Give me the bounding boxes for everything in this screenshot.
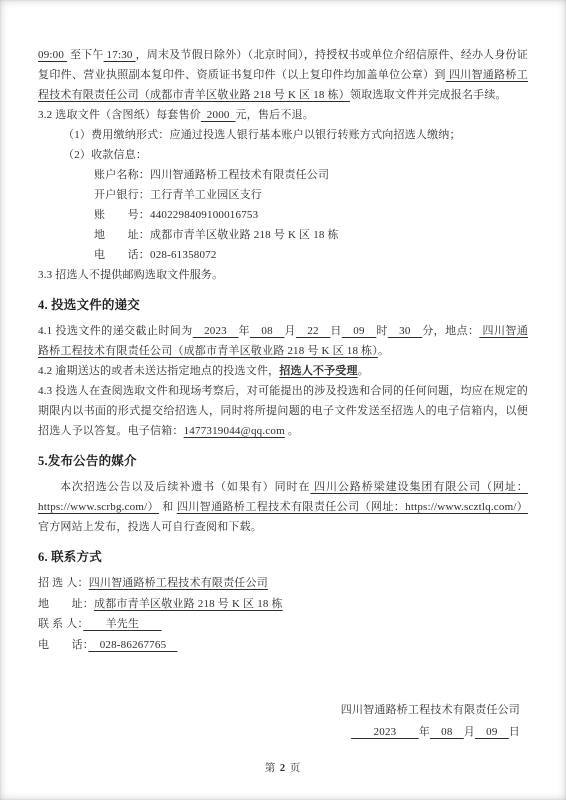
section-heading: 5.发布公告的媒介 [38,450,528,472]
text-run: 开户银行：工行青羊工业园区支行 [94,189,262,201]
section-heading: 4. 投选文件的递交 [38,294,528,316]
text-run: 领取选取文件并完成报名手续。 [350,89,507,101]
text-run: 4.1 投选文件的递交截止时间为 [38,325,193,337]
paragraph: 联 系 人： 羊先生 [38,614,528,635]
text-run: 账 号：4402298409100016753 [94,209,258,221]
text-run: 至下午 [67,49,104,61]
filled-field: 028-86267765 [89,639,178,651]
document-page: 09:00 至下午 17:30 ，周末及节假日除外）（北京时间），持授权书或单位… [0,0,566,800]
text-run: 页 [286,763,301,774]
filled-field: 09:00 [38,49,67,61]
text-run: 。 [358,365,369,377]
text-run: 招 选 人： [38,577,89,589]
text-run: 月 [464,726,475,738]
text-run: 3.3 招选人不提供邮购选取文件服务。 [38,269,223,281]
paragraph: （1）费用缴纳形式：应通过投选人银行基本账户以银行转账方式向招选人缴纳； [38,125,528,145]
filled-field: 成都市青羊区敬业路 218 号 K 区 18 栋 [94,598,283,610]
paragraph: 开户银行：工行青羊工业园区支行 [38,185,528,205]
paragraph: 地 址：成都市青羊区敬业路 218 号 K 区 18 栋 [38,594,528,615]
text-run: 6. 联系方式 [38,550,102,564]
text-run: 第 [265,763,280,774]
text-run: 年 [239,325,250,337]
text-run: 。 [378,345,389,357]
text-run: 四川智通路桥工程技术有限责任公司 [341,704,520,716]
paragraph: 4.1 投选文件的递交截止时间为 2023 年 08 月 22 日 09 时 3… [38,321,528,361]
paragraph: 4.2 逾期送达的或者未送达指定地点的投选文件，招选人不予受理。 [38,361,528,381]
filled-field: 09 [475,726,509,738]
text-run: 地 址：成都市青羊区敬业路 218 号 K 区 18 栋 [94,229,339,241]
filled-field: 30 [388,325,422,337]
signature-company-line: 四川智通路桥工程技术有限责任公司 [38,699,528,721]
signature-date-line: 2023 年 08 月 09 日 [38,721,528,743]
text-run: 账户名称：四川智通路桥工程技术有限责任公司 [94,169,329,181]
filled-field: 1477319044@qq.com [184,425,285,437]
paragraph: 09:00 至下午 17:30 ，周末及节假日除外）（北京时间），持授权书或单位… [38,45,528,105]
filled-field: 08 [430,726,464,738]
text-run: 年 [419,726,430,738]
paragraph: 电 话： 028-86267765 [38,635,528,656]
text-run: 元，售后不退。 [236,109,314,121]
filled-field: 四川智通路桥工程技术有限责任公司 [89,577,268,589]
filled-field: 招选人不予受理 [279,365,357,377]
filled-field: 2023 [193,325,239,337]
paragraph: 本次招选公告以及后续补遗书（如果有）同时在 四川公路桥梁建设集团有限公司（网址：… [38,477,528,537]
text-run: （1）费用缴纳形式：应通过投选人银行基本账户以银行转账方式向招选人缴纳； [63,129,461,141]
filled-field: 羊先生 [83,618,161,630]
filled-field: 17:30 [104,49,136,61]
text-run: 电 话： [38,639,89,651]
paragraph: 账户名称：四川智通路桥工程技术有限责任公司 [38,165,528,185]
filled-field: 22 [296,325,330,337]
text-run: 和 [159,501,177,513]
text-run: 电 话：028-61358072 [94,249,217,261]
text-run: 月 [284,325,295,337]
text-run: 3.2 选取文件（含图纸）每套售价 [38,109,201,121]
paragraph: 4.3 投选人在查阅选取文件和现场考察后，对可能提出的涉及投选和合同的任何问题，… [38,381,528,441]
text-run: 4.2 逾期送达的或者未送达指定地点的投选文件， [38,365,279,377]
text-run: 地 址： [38,598,94,610]
filled-field: 四川智通路桥工程技术有限责任公司（网址：https://www.scztlq.c… [177,501,528,513]
paragraph: 电 话：028-61358072 [38,245,528,265]
text-run: 本次招选公告以及后续补遗书（如果有）同时在 [60,481,310,493]
paragraph: 3.2 选取文件（含图纸）每套售价 2000 元，售后不退。 [38,105,528,125]
text-run: （2）收款信息： [63,149,147,161]
text-run: 日 [509,726,520,738]
filled-field: 2023 [351,726,419,738]
text-run: 。 [285,425,299,437]
paragraph: 3.3 招选人不提供邮购选取文件服务。 [38,265,528,285]
text-run: 日 [330,325,341,337]
page-number: 第 2 页 [38,759,528,779]
paragraph: 账 号：4402298409100016753 [38,205,528,225]
filled-field: 09 [342,325,376,337]
paragraph: 地 址：成都市青羊区敬业路 218 号 K 区 18 栋 [38,225,528,245]
paragraph: （2）收款信息： [38,145,528,165]
text-run: 4. 投选文件的递交 [38,298,140,312]
text-run: 5.发布公告的媒介 [38,454,137,468]
filled-field: 08 [250,325,284,337]
filled-field: 2000 [201,109,236,121]
section-heading: 6. 联系方式 [38,546,528,568]
document-body: 09:00 至下午 17:30 ，周末及节假日除外）（北京时间），持授权书或单位… [38,45,528,779]
text-run: 时 [376,325,387,337]
text-run: 联 系 人： [38,618,83,630]
text-run: 分，地点： [422,325,479,337]
paragraph: 招 选 人：四川智通路桥工程技术有限责任公司 [38,573,528,594]
